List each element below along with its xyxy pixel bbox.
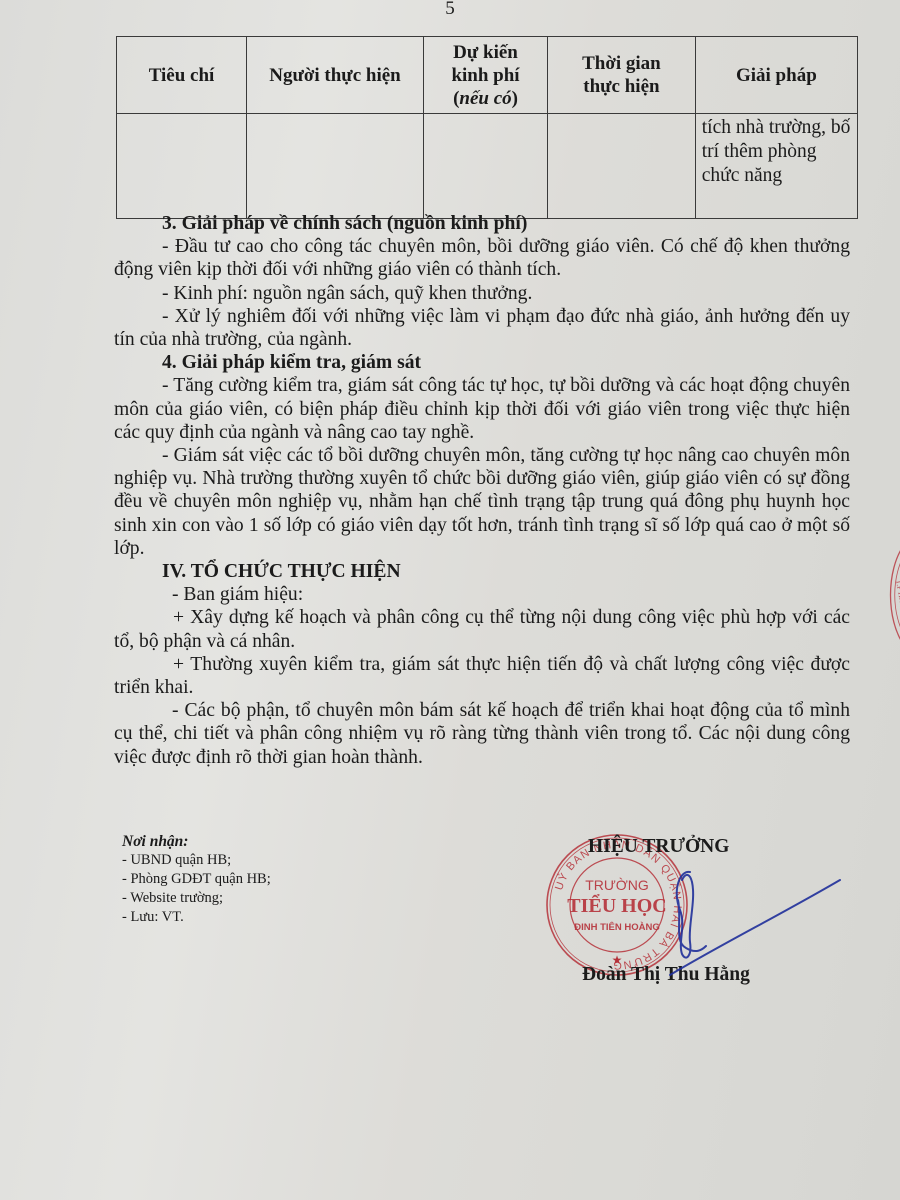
recipient-item: - Website trường; [122,889,271,908]
header-kinh-phi-line1: Dự kiến [453,42,518,63]
header-giai-phap: Giải pháp [695,37,857,114]
page-number: 5 [0,0,900,20]
cell-kinh-phi [423,114,547,219]
section-iv-heading: IV. TỔ CHỨC THỰC HIỆN [114,560,850,583]
section-iv-closing: - Các bộ phận, tổ chuyên môn bám sát kế … [114,699,850,769]
cell-thoi-gian [548,114,696,219]
section-4-heading: 4. Giải pháp kiểm tra, giám sát [114,351,850,374]
cell-tieu-chi [117,114,247,219]
recipients-block: Nơi nhận: - UBND quận HB; - Phòng GDĐT q… [122,832,271,927]
cell-nguoi-thuc-hien [247,114,424,219]
recipient-item: - Lưu: VT. [122,908,271,927]
section-3-paragraph: - Xử lý nghiêm đối với những việc làm vi… [114,305,850,351]
section-4-paragraph: - Giám sát việc các tổ bồi dưỡng chuyên … [114,444,850,560]
header-thoi-gian-line2: thực hiện [583,76,659,97]
plan-table: Tiêu chí Người thực hiện Dự kiến kinh ph… [116,36,858,219]
section-3-paragraph: - Đầu tư cao cho công tác chuyên môn, bồ… [114,235,850,281]
handwritten-signature-icon [540,830,860,990]
document-body: 3. Giải pháp về chính sách (nguồn kinh p… [114,212,850,769]
header-kinh-phi-note: nếu có [459,88,511,109]
cell-giai-phap: tích nhà trường, bố trí thêm phòng chức … [695,114,857,219]
header-thoi-gian-line1: Thời gian [582,53,661,74]
header-tieu-chi: Tiêu chí [117,37,247,114]
section-3-heading: 3. Giải pháp về chính sách (nguồn kinh p… [114,212,850,235]
table-header-row: Tiêu chí Người thực hiện Dự kiến kinh ph… [117,37,858,114]
section-3-paragraph: - Kinh phí: nguồn ngân sách, quỹ khen th… [114,282,850,305]
recipient-item: - UBND quận HB; [122,851,271,870]
header-nguoi-thuc-hien: Người thực hiện [247,37,424,114]
section-iv-lead: - Ban giám hiệu: [114,583,850,606]
header-du-kien-kinh-phi: Dự kiến kinh phí (nếu có) [423,37,547,114]
signature-block: UỶ BAN NHÂN DÂN QUẬN HAI BÀ TRƯNG TRƯỜNG… [540,830,840,990]
recipient-item: - Phòng GDĐT quận HB; [122,870,271,889]
section-iv-item: + Thường xuyên kiểm tra, giám sát thực h… [114,653,850,699]
table-row: tích nhà trường, bố trí thêm phòng chức … [117,114,858,219]
recipients-title: Nơi nhận: [122,832,271,851]
section-4-paragraph: - Tăng cường kiểm tra, giám sát công tác… [114,374,850,444]
header-thoi-gian: Thời gian thực hiện [548,37,696,114]
section-iv-item: + Xây dựng kế hoạch và phân công cụ thể … [114,606,850,652]
header-kinh-phi-line2: kinh phí [451,65,519,86]
partial-stamp-icon: T.P HẢI [882,540,900,650]
